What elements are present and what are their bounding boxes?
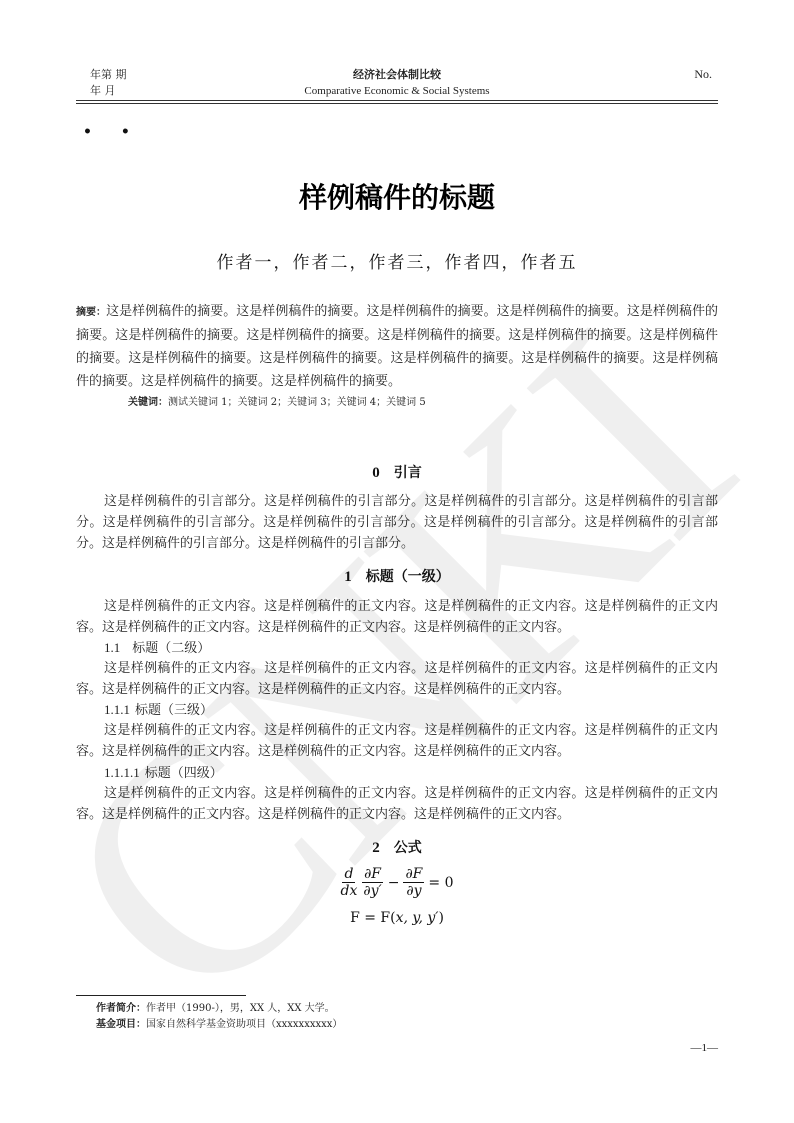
section-heading-2: 2公式 xyxy=(0,837,794,857)
column-marker-dots: • • xyxy=(83,124,142,140)
denominator: ∂y′ xyxy=(361,883,383,899)
footnote-author-bio: 作者简介：作者甲（1990-），男，XX 人，XX 大学。 xyxy=(96,1001,335,1017)
keywords-label: 关键词： xyxy=(128,397,168,408)
section-heading-intro: 0引言 xyxy=(0,462,794,482)
page-number: —1— xyxy=(691,1042,719,1054)
fraction-dF-dy: ∂F∂y xyxy=(403,866,424,899)
header-double-rule xyxy=(76,100,718,104)
level4-paragraph: 这是样例稿件的正文内容。这是样例稿件的正文内容。这是样例稿件的正文内容。这是样例… xyxy=(76,783,718,825)
section-title: 公式 xyxy=(394,840,422,856)
equation-lhs: F = F( xyxy=(350,910,396,926)
subsection-1-1-paragraph: 这是样例稿件的正文内容。这是样例稿件的正文内容。这是样例稿件的正文内容。这是样例… xyxy=(76,658,718,700)
equation-euler-lagrange: ddx∂F∂y′−∂F∂y= 0 xyxy=(0,866,794,899)
fraction-d-dx: ddx xyxy=(339,866,360,899)
subsubsection-number: 1.1.1 xyxy=(104,702,130,717)
subsection-heading-1-1: 1.1标题（二级） xyxy=(104,639,210,658)
section-number: 0 xyxy=(372,465,380,481)
section-number: 1 xyxy=(344,569,352,585)
subsection-number: 1.1 xyxy=(104,640,120,655)
footnote-funding: 基金项目：国家自然科学基金资助项目（xxxxxxxxxx） xyxy=(96,1017,342,1033)
abstract-text: 这是样例稿件的摘要。这是样例稿件的摘要。这是样例稿件的摘要。这是样例稿件的摘要。… xyxy=(76,304,718,389)
subsection-title: 标题（二级） xyxy=(132,641,210,656)
running-header: 年第 期 年 月 经济社会体制比较 Comparative Economic &… xyxy=(76,64,718,100)
equation-args: x, y, y′ xyxy=(396,910,439,926)
keywords-text: 测试关键词 1；关键词 2；关键词 3；关键词 4；关键词 5 xyxy=(168,397,426,408)
intro-paragraph: 这是样例稿件的引言部分。这是样例稿件的引言部分。这是样例稿件的引言部分。这是样例… xyxy=(76,491,718,554)
section-title: 引言 xyxy=(394,465,422,481)
level4-number: 1.1.1.1 xyxy=(104,765,140,780)
numerator: d xyxy=(342,866,355,883)
issue-no: No. xyxy=(694,67,712,82)
denominator: dx xyxy=(339,883,360,899)
journal-name-en: Comparative Economic & Social Systems xyxy=(76,83,718,99)
subsubsection-title: 标题（三级） xyxy=(135,703,213,718)
paper-title: 样例稿件的标题 xyxy=(0,176,794,216)
section-1-paragraph: 这是样例稿件的正文内容。这是样例稿件的正文内容。这是样例稿件的正文内容。这是样例… xyxy=(76,596,718,638)
abstract-label: 摘要： xyxy=(76,307,106,318)
level4-title: 标题（四级） xyxy=(145,766,223,781)
funding-label: 基金项目： xyxy=(96,1019,146,1030)
numerator: ∂F xyxy=(362,866,383,883)
numerator: ∂F xyxy=(403,866,424,883)
funding-text: 国家自然科学基金资助项目（xxxxxxxxxx） xyxy=(146,1019,342,1030)
equation-F-definition: F = F(x, y, y′) xyxy=(0,910,794,926)
subsubsection-1-1-1-paragraph: 这是样例稿件的正文内容。这是样例稿件的正文内容。这是样例稿件的正文内容。这是样例… xyxy=(76,720,718,762)
fraction-dF-dyprime: ∂F∂y′ xyxy=(361,866,383,899)
abstract: 摘要：这是样例稿件的摘要。这是样例稿件的摘要。这是样例稿件的摘要。这是样例稿件的… xyxy=(76,300,718,393)
equals-zero: = 0 xyxy=(428,875,453,891)
keywords: 关键词：测试关键词 1；关键词 2；关键词 3；关键词 4；关键词 5 xyxy=(128,393,426,408)
equation-close-paren: ) xyxy=(438,910,443,926)
minus-sign: − xyxy=(388,875,400,891)
journal-name-cn: 经济社会体制比较 xyxy=(76,67,718,83)
footnote-rule xyxy=(76,995,246,996)
author-bio-text: 作者甲（1990-），男，XX 人，XX 大学。 xyxy=(146,1003,335,1014)
section-number: 2 xyxy=(372,840,380,856)
author-bio-label: 作者简介： xyxy=(96,1003,146,1014)
denominator: ∂y xyxy=(404,883,423,899)
author-list: 作者一，作者二，作者三，作者四，作者五 xyxy=(0,248,794,273)
journal-name: 经济社会体制比较 Comparative Economic & Social S… xyxy=(76,67,718,99)
paragraph-heading-1-1-1-1: 1.1.1.1标题（四级） xyxy=(104,764,223,783)
subsubsection-heading-1-1-1: 1.1.1标题（三级） xyxy=(104,701,213,720)
section-title: 标题（一级） xyxy=(366,569,450,585)
section-heading-1: 1标题（一级） xyxy=(0,566,794,586)
